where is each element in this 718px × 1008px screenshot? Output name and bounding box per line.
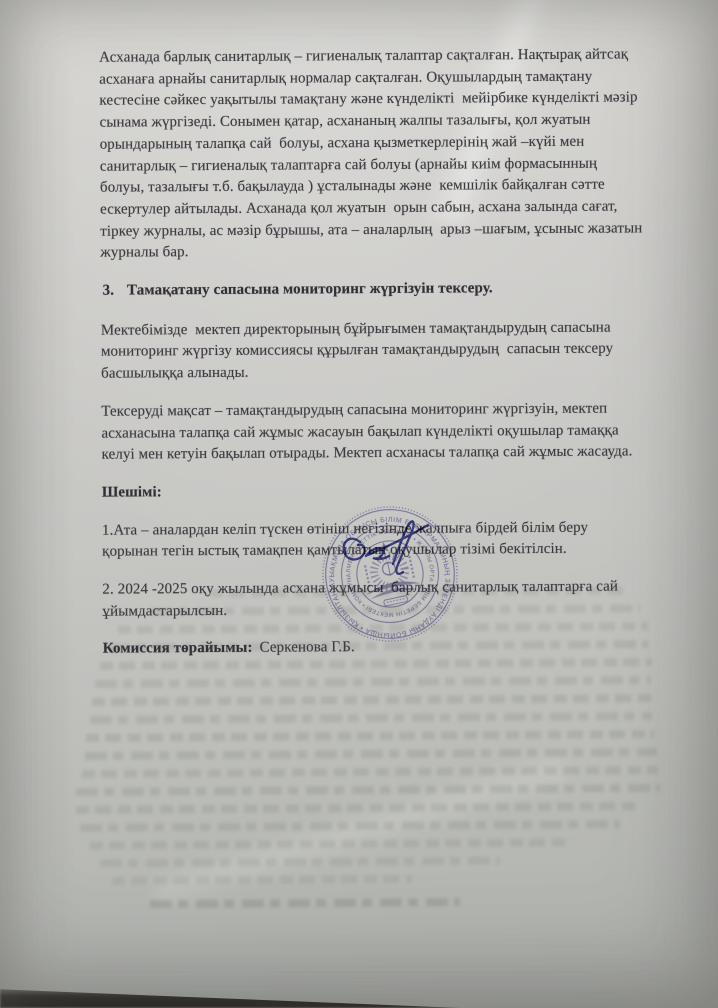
- signatory-label: Комиссия төрайымы:: [103, 640, 260, 657]
- bleed-through-line: [100, 857, 500, 868]
- bleed-through-line: [86, 730, 654, 742]
- bleed-through-line: [112, 875, 412, 885]
- paragraph-monitoring-commission: Мектебімізде мектеп директорының бұйрығы…: [101, 317, 644, 385]
- handwritten-signature: [336, 514, 446, 586]
- section-3-heading: 3. Тамақатану сапасына мониторинг жүргіз…: [103, 277, 644, 302]
- section-3-title: Тамақатану сапасына мониторинг жүргізуін…: [127, 278, 493, 302]
- bleed-through-line: [85, 748, 657, 760]
- photographed-document-page: Асханада барлық санитарлық – гигиеналық …: [0, 0, 718, 1008]
- bleed-through-line: [90, 712, 652, 724]
- bleed-through-line: [90, 838, 570, 849]
- bleed-through-line: [92, 694, 652, 706]
- paragraph-sanitary-conditions: Асханада барлық санитарлық – гигиеналық …: [99, 44, 643, 264]
- bleed-through-line: [80, 820, 620, 832]
- section-3-number: 3.: [103, 281, 115, 303]
- bleed-through-line: [76, 802, 636, 814]
- bleed-through-line: [76, 784, 660, 796]
- bleed-through-line: [82, 766, 658, 778]
- bleed-through-line: [95, 676, 651, 688]
- bleed-through-line: [150, 898, 460, 908]
- signature-ink-strokes: [336, 514, 446, 586]
- paragraph-inspection-goal: Тексеруді мақсат – тамақтандырудың сапас…: [101, 398, 644, 466]
- table-surface-edge: [0, 982, 475, 1008]
- paper-crease-highlight-lower: [144, 745, 575, 915]
